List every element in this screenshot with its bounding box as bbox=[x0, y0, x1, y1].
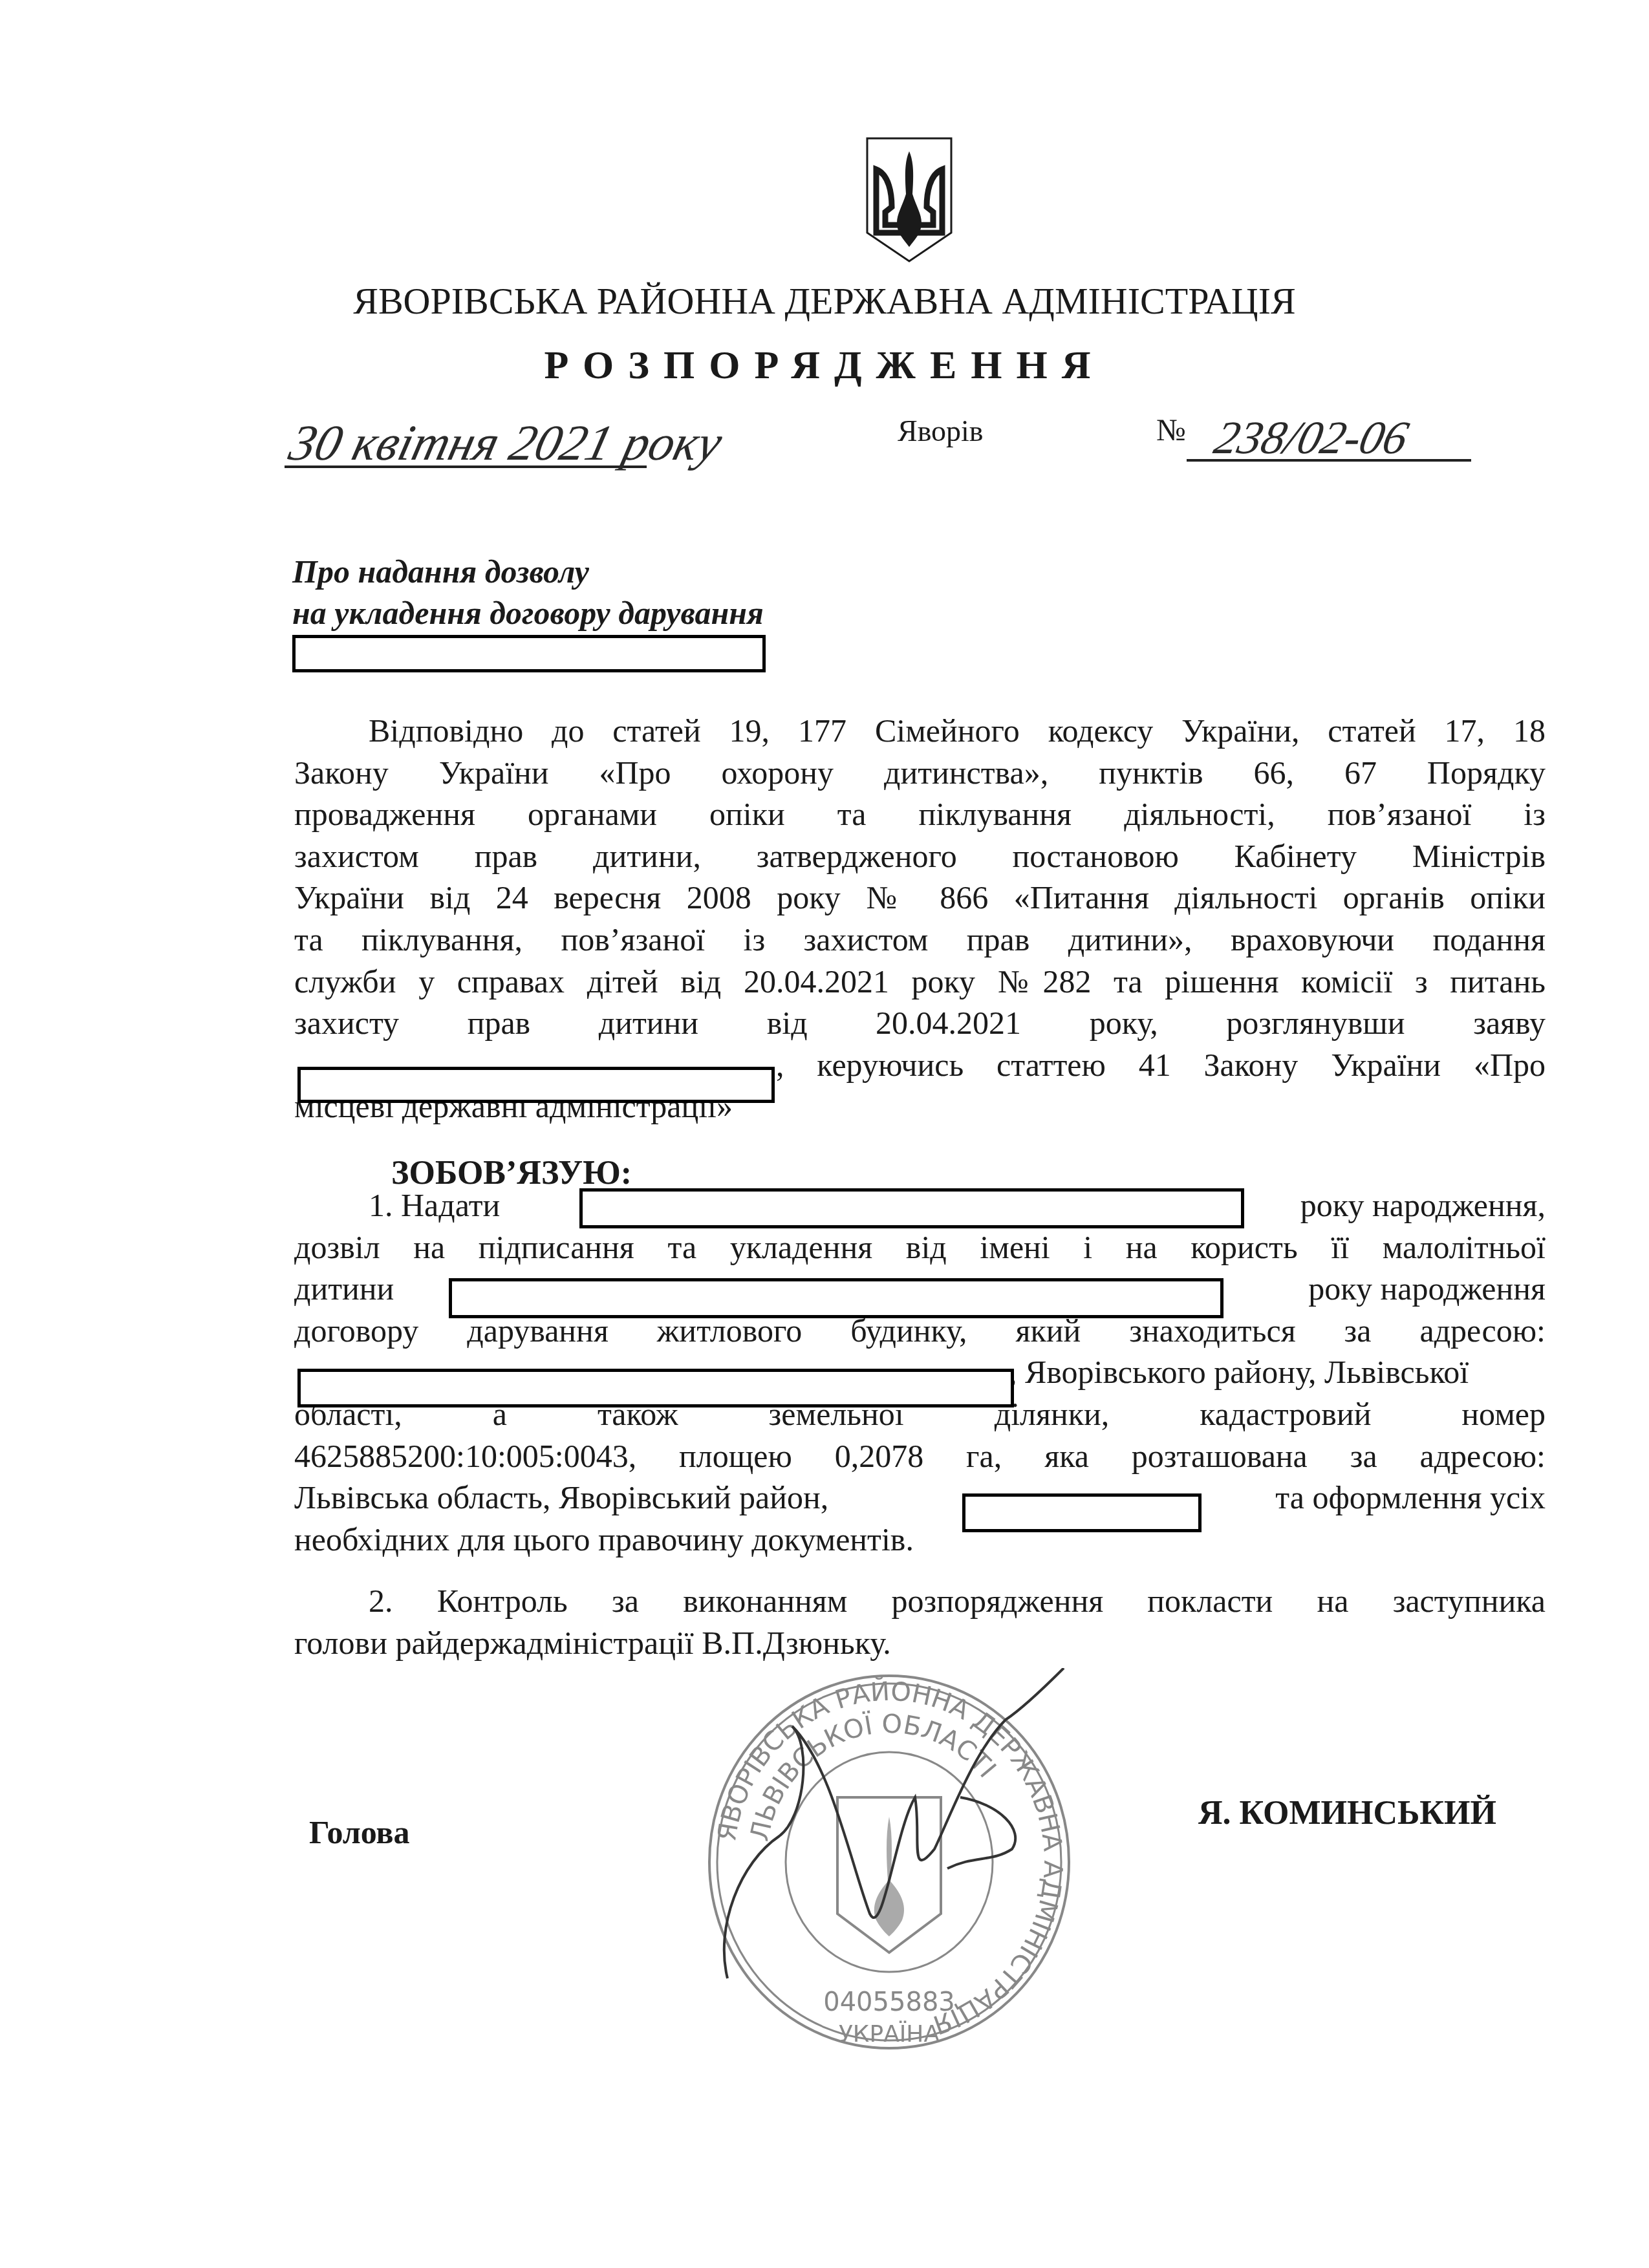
signatory-name: Я. КОМИНСЬКИЙ bbox=[1198, 1794, 1496, 1832]
item-line-text: 1. Надати bbox=[369, 1187, 500, 1223]
redaction-box bbox=[292, 635, 766, 672]
signatory-role: Голова bbox=[309, 1813, 410, 1851]
handwritten-number: 238/02-06 bbox=[1209, 411, 1414, 465]
item-line-text: , Яворівського району, Львівської bbox=[1009, 1354, 1469, 1390]
organization-title: ЯВОРІВСЬКА РАЙОННА ДЕРЖАВНА АДМІНІСТРАЦІ… bbox=[0, 279, 1649, 323]
item-line-text: дитини bbox=[294, 1270, 394, 1307]
subject-line-1: Про надання дозволу bbox=[292, 551, 764, 592]
item-line-text: року народження, bbox=[1300, 1184, 1546, 1226]
preamble-line: Відповідно до статей 19, 177 Сімейного к… bbox=[294, 710, 1546, 752]
svg-text:04055883: 04055883 bbox=[823, 1987, 955, 2017]
preamble-line: захисту прав дитини від 20.04.2021 року,… bbox=[294, 1002, 1546, 1044]
place-label: Яворів bbox=[898, 414, 984, 448]
preamble-line: провадження органами опіки та піклування… bbox=[294, 793, 1546, 835]
handwritten-date: 30 квітня 2021 року bbox=[284, 414, 728, 472]
preamble-line: Закону України «Про охорону дитинства», … bbox=[294, 752, 1546, 794]
item-line: Львівська область, Яворівський район, та… bbox=[294, 1477, 1546, 1519]
item-line: 4625885200:10:005:0043, площею 0,2078 га… bbox=[294, 1435, 1546, 1477]
preamble-line-text: , керуючись статтею 41 Закону України «П… bbox=[776, 1047, 1546, 1083]
subject-heading: Про надання дозволу на укладення договор… bbox=[292, 551, 764, 634]
redaction-box bbox=[297, 1067, 775, 1103]
item-line-text: та оформлення усіх bbox=[1275, 1477, 1546, 1519]
number-sign: № bbox=[1156, 412, 1186, 448]
redaction-box bbox=[579, 1188, 1244, 1228]
item-line-text: року народження bbox=[1308, 1268, 1546, 1310]
preamble-paragraph: Відповідно до статей 19, 177 Сімейного к… bbox=[294, 710, 1546, 1128]
official-stamp-icon: ЯВОРІВСЬКА РАЙОННА ДЕРЖАВНА АДМІНІСТРАЦІ… bbox=[702, 1668, 1077, 2056]
preamble-line: захистом прав дитини, затвердженого пост… bbox=[294, 835, 1546, 877]
preamble-line: служби у справах дітей від 20.04.2021 ро… bbox=[294, 961, 1546, 1003]
preamble-line: України від 24 вересня 2008 року № 866 «… bbox=[294, 877, 1546, 919]
preamble-line: та піклування, пов’язаної із захистом пр… bbox=[294, 919, 1546, 961]
item-2-paragraph: 2. Контроль за виконанням розпорядження … bbox=[294, 1580, 1546, 1664]
item-line: дозвіл на підписання та укладення від ім… bbox=[294, 1226, 1546, 1268]
redaction-box bbox=[962, 1493, 1202, 1532]
coat-of-arms-icon bbox=[865, 136, 954, 262]
subject-line-2: на укладення договору дарування bbox=[292, 592, 764, 634]
document-type-heading: РОЗПОРЯДЖЕННЯ bbox=[0, 343, 1649, 389]
item-line: голови райдержадміністрації В.П.Дзюньку. bbox=[294, 1622, 1546, 1664]
redaction-box bbox=[449, 1278, 1223, 1318]
redaction-box bbox=[297, 1369, 1014, 1407]
svg-text:УКРАЇНА: УКРАЇНА bbox=[839, 2020, 940, 2048]
item-line: 2. Контроль за виконанням розпорядження … bbox=[294, 1580, 1546, 1622]
item-line: необхідних для цього правочину документі… bbox=[294, 1519, 1546, 1561]
item-line-text: Львівська область, Яворівський район, bbox=[294, 1479, 828, 1515]
